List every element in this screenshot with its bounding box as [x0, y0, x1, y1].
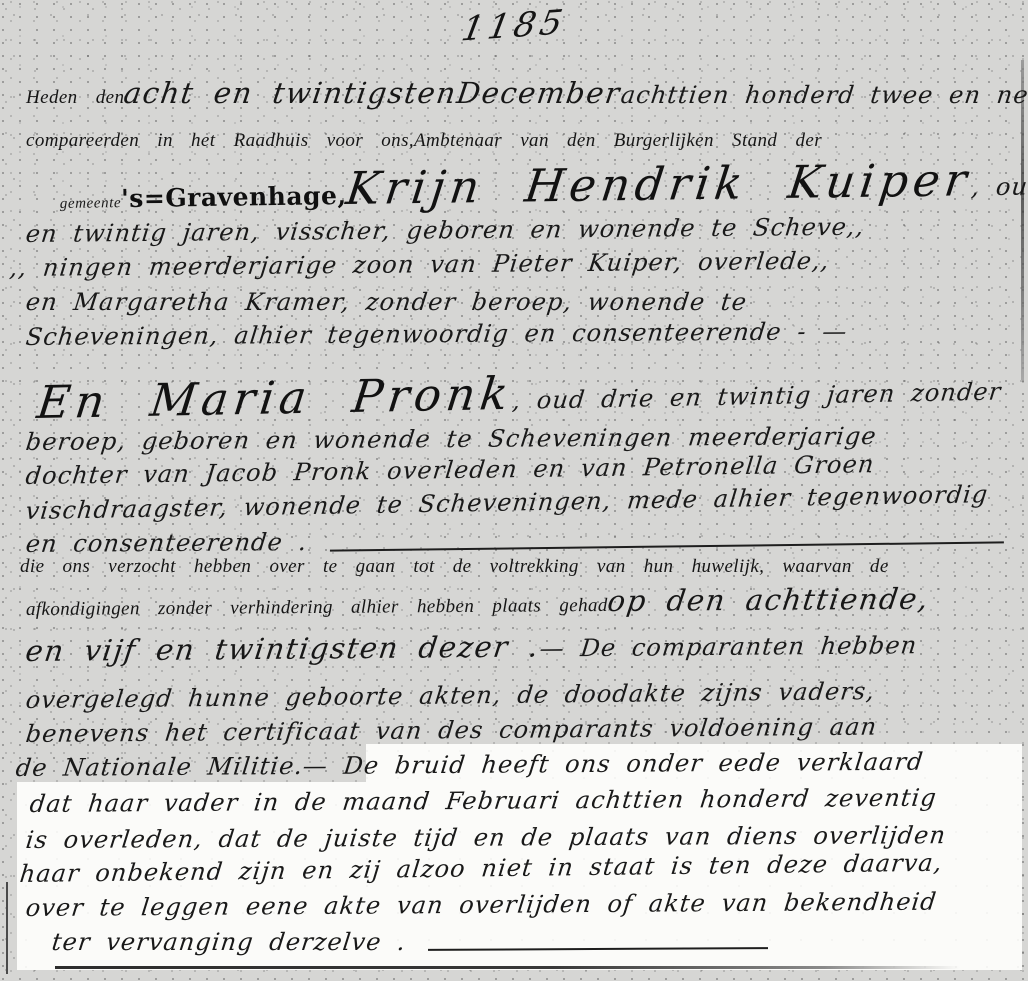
- text-segment: Krijn Hendrik Kuiper: [343, 153, 975, 215]
- text-segment: en vijf en twintigsten dezer .: [24, 629, 542, 668]
- text-segment: en twintig jaren, visscher, geboren en w…: [24, 213, 866, 248]
- text-segment: gemeente: [60, 195, 122, 213]
- text-segment: ,, ningen meerderjarige zoon van Pieter …: [8, 247, 831, 282]
- text-segment: December: [455, 76, 623, 110]
- flourish-rule: [428, 947, 768, 951]
- text-segment: Scheveningen, alhier tegenwoordig en con…: [24, 317, 849, 351]
- document-line: benevens het certificaat van des compara…: [26, 711, 1018, 748]
- document-line: Scheveningen, alhier tegenwoordig en con…: [26, 316, 1018, 351]
- document-line: compareerden in het Raadhuis voor ons, A…: [26, 130, 1018, 152]
- document-line: Heden den acht en twintigsten December a…: [26, 76, 1018, 110]
- text-segment: achttien honderd twee en negentig,: [619, 81, 1028, 109]
- document-line: en Margaretha Kramer, zonder beroep, won…: [26, 288, 1018, 316]
- text-segment: afkondigingen zonder verhindering alhier…: [26, 595, 608, 621]
- text-segment: Ambtenaar van den Burgerlijken Stand der: [414, 130, 822, 152]
- document-line: die ons verzocht hebben over te gaan tot…: [20, 556, 1018, 578]
- text-segment: en Margaretha Kramer, zonder beroep, won…: [24, 288, 749, 316]
- text-segment: 's=Gravenhage,: [121, 181, 347, 213]
- text-segment: is overleden, dat de juiste tijd en de p…: [24, 821, 947, 854]
- text-segment: , oud drie en twintig jaren zonder: [511, 377, 1003, 414]
- text-segment: acht en twintigsten: [122, 76, 460, 110]
- document-line: ter vervanging derzelve .: [52, 928, 1018, 959]
- text-segment: benevens het certificaat van des compara…: [24, 713, 879, 748]
- text-segment: En Maria Pronk: [34, 367, 516, 429]
- text-segment: ter vervanging derzelve .: [50, 928, 408, 956]
- document-line: gemeente 's=Gravenhage, Krijn Hendrik Ku…: [59, 153, 1018, 219]
- text-segment: overgelegd hunne geboorte akten, de dood…: [24, 677, 876, 714]
- document-line: overgelegd hunne geboorte akten, de dood…: [26, 676, 1018, 714]
- document-line: ,, ningen meerderjarige zoon van Pieter …: [10, 245, 1018, 282]
- document-number: 1185: [0, 0, 1028, 82]
- flourish-rule: [329, 541, 1003, 551]
- text-segment: en consenteerende .: [24, 528, 309, 558]
- text-segment: de Nationale Militie.: [14, 752, 305, 782]
- document-line: En Maria Pronk, oud drie en twintig jare…: [37, 357, 1018, 429]
- text-segment: Heden den: [26, 87, 124, 109]
- text-segment: die ons verzocht hebben over te gaan tot…: [20, 556, 889, 578]
- text-segment: — De bruid heeft ons onder eede verklaar…: [302, 748, 926, 780]
- document-line: en vijf en twintigsten dezer . — De comp…: [26, 625, 1018, 668]
- document-page: 1185 Heden den acht en twintigsten Decem…: [0, 0, 1028, 981]
- text-segment: , oud drie: [970, 171, 1028, 201]
- document-line: afkondigingen zonder verhindering alhier…: [26, 581, 1018, 622]
- scan-edge-bottom: [55, 966, 960, 969]
- text-segment: — De comparanten hebben: [538, 631, 919, 662]
- text-segment: op den achttiende,: [605, 582, 931, 618]
- scan-edge-left: [6, 882, 8, 974]
- text-segment: compareerden in het Raadhuis voor ons,: [26, 130, 414, 152]
